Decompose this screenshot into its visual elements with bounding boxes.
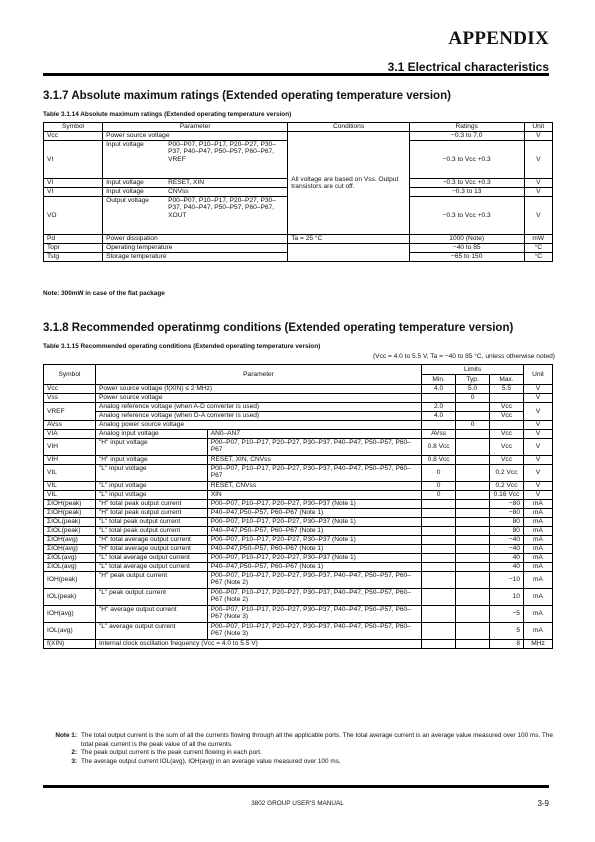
note-item: 3:The average output current IOL(avg), I… <box>43 758 555 767</box>
table-row: f(XIN)Internal clock oscillation frequen… <box>44 640 553 649</box>
min-cell <box>422 572 456 589</box>
symbol-cell: Tstg <box>44 253 103 262</box>
typ-cell <box>456 430 490 439</box>
symbol-cell: VIL <box>44 465 96 482</box>
max-cell: 10 <box>490 589 524 606</box>
ratings-cell: −65 to 150 <box>409 253 524 262</box>
conditions-cell <box>288 244 410 262</box>
conditions-cell: All voltage are based on Vss. Output tra… <box>288 132 410 235</box>
max-cell: 5.5 <box>490 385 524 394</box>
pins-cell: RESET, XIN, CNVss <box>207 456 421 465</box>
typ-cell <box>456 527 490 536</box>
min-cell: 0.8 Vcc <box>422 439 456 456</box>
pins-cell: P00–P07, P10–P17, P20–P27, P30–P37, P40–… <box>207 572 421 589</box>
table-row: ΣIOL(peak)"L" total peak output currentP… <box>44 518 553 527</box>
note-label: 2: <box>43 749 81 758</box>
typ-cell <box>456 536 490 545</box>
table-row: VccPower source voltage (f(XIN) ≤ 2 MHz)… <box>44 385 553 394</box>
typ-cell <box>456 439 490 456</box>
note-item: Note 1:The total output current is the s… <box>43 732 555 749</box>
parameter-cell: "L" total average output current <box>95 554 207 563</box>
footer-manual: 3802 GROUP USER'S MANUAL <box>0 800 595 807</box>
table-row: IOH(avg)"H" average output currentP00–P0… <box>44 606 553 623</box>
col-header: Typ. <box>456 375 490 385</box>
col-header: Limits <box>422 365 524 375</box>
typ-cell: 0 <box>456 394 490 403</box>
pins-cell: P00–P07, P10–P17, P20–P27, P30–P37, P40–… <box>207 465 421 482</box>
ratings-cell: −0.3 to Vcc +0.3 <box>409 179 524 188</box>
bottom-rule <box>43 785 549 788</box>
parameter-cell: Power source voltage (f(XIN) ≤ 2 MHz) <box>95 385 421 394</box>
table-row: VIL"L" input voltageRESET, CNVss00.2 Vcc… <box>44 482 553 491</box>
symbol-cell: ΣIOH(avg) <box>44 545 96 554</box>
parameter-cell: "L" average output current <box>95 623 207 640</box>
unit-cell: °C <box>524 253 552 262</box>
unit-cell: V <box>523 456 552 465</box>
symbol-cell: VIH <box>44 456 96 465</box>
max-cell: 80 <box>490 527 524 536</box>
min-cell <box>422 394 456 403</box>
col-header: Ratings <box>409 123 524 132</box>
table-caption-3-1-15: Table 3.1.15 Recommended operating condi… <box>43 343 320 350</box>
col-header: Unit <box>523 365 552 385</box>
parameter-cell: Output voltage <box>103 197 165 235</box>
max-cell: 0.16 Vcc <box>490 491 524 500</box>
typ-cell <box>456 491 490 500</box>
symbol-cell: VI <box>44 179 103 188</box>
max-cell: Vcc <box>490 439 524 456</box>
symbol-cell: ΣIOL(avg) <box>44 563 96 572</box>
unit-cell: mA <box>523 500 552 509</box>
symbol-cell: VREF <box>44 403 96 421</box>
conditions-cell: Ta = 25 °C <box>288 235 410 244</box>
parameter-cell: Input voltage <box>103 188 165 197</box>
max-cell: Vcc <box>490 430 524 439</box>
parameter-cell: "H" total average output current <box>95 545 207 554</box>
table-row: ToprOperating temperature−40 to 85°C <box>44 244 553 253</box>
unit-cell: mA <box>523 589 552 606</box>
min-cell <box>422 536 456 545</box>
table-row: VIH"H" input voltageRESET, XIN, CNVss0.8… <box>44 456 553 465</box>
col-header: Symbol <box>44 123 103 132</box>
pins-cell: P00–P07, P10–P17, P20–P27, P30–P37, P40–… <box>165 197 288 235</box>
parameter-cell: Internal clock oscillation frequency (Vc… <box>95 640 421 649</box>
table-note: Note: 300mW in case of the flat package <box>43 290 165 297</box>
table-row: VccPower source voltageAll voltage are b… <box>44 132 553 141</box>
max-cell: −10 <box>490 572 524 589</box>
table-row: ΣIOL(avg)"L" total average output curren… <box>44 563 553 572</box>
min-cell <box>422 606 456 623</box>
symbol-cell: f(XIN) <box>44 640 96 649</box>
section-title: 3.1 Electrical characteristics <box>388 60 549 74</box>
pins-cell: P00–P07, P10–P17, P20–P27, P30–P37 (Note… <box>207 500 421 509</box>
symbol-cell: ΣIOL(avg) <box>44 554 96 563</box>
pins-cell: P00–P07, P10–P17, P20–P27, P30–P37 (Note… <box>207 536 421 545</box>
parameter-cell: Analog reference voltage (when A-D conve… <box>95 403 421 412</box>
col-header: Conditions <box>288 123 410 132</box>
ratings-cell: −0.3 to 13 <box>409 188 524 197</box>
min-cell: 4.0 <box>422 385 456 394</box>
min-cell <box>422 640 456 649</box>
unit-cell: °C <box>524 244 552 253</box>
typ-cell <box>456 606 490 623</box>
min-cell: 0 <box>422 465 456 482</box>
pins-cell: RESET, XIN <box>165 179 288 188</box>
unit-cell: V <box>524 197 552 235</box>
typ-cell <box>456 403 490 412</box>
symbol-cell: ΣIOH(peak) <box>44 509 96 518</box>
typ-cell <box>456 482 490 491</box>
table-row: IOL(peak)"L" peak output currentP00–P07,… <box>44 589 553 606</box>
unit-cell: mA <box>523 545 552 554</box>
pins-cell: P40–P47,P50–P57, P60–P67 (Note 1) <box>207 545 421 554</box>
table-row: ΣIOH(avg)"H" total average output curren… <box>44 536 553 545</box>
max-cell: 0.2 Vcc <box>490 465 524 482</box>
symbol-cell: VI <box>44 188 103 197</box>
symbol-cell: ΣIOH(avg) <box>44 536 96 545</box>
ratings-cell: −0.3 to Vcc +0.3 <box>409 141 524 179</box>
parameter-cell: "L" input voltage <box>95 491 207 500</box>
pins-cell: CNVss <box>165 188 288 197</box>
parameter-cell: "L" total peak output current <box>95 518 207 527</box>
parameter-cell: "L" total peak output current <box>95 527 207 536</box>
absolute-max-ratings-table: Symbol Parameter Conditions Ratings Unit… <box>43 122 553 262</box>
symbol-cell: ΣIOL(peak) <box>44 518 96 527</box>
pins-cell: AN0–AN7 <box>207 430 421 439</box>
symbol-cell: IOL(peak) <box>44 589 96 606</box>
ratings-cell: 1000 (Note) <box>409 235 524 244</box>
typ-cell <box>456 554 490 563</box>
conditions-note: (Vcc = 4.0 to 5.5 V, Ta = −40 to 85 °C, … <box>373 353 555 360</box>
typ-cell <box>456 563 490 572</box>
parameter-cell: Analog reference voltage (when D-A conve… <box>95 412 421 421</box>
symbol-cell: Vss <box>44 394 96 403</box>
table-caption-3-1-14: Table 3.1.14 Absolute maximum ratings (E… <box>43 111 291 118</box>
unit-cell: V <box>523 403 552 421</box>
notes: Note 1:The total output current is the s… <box>43 732 555 766</box>
unit-cell: mA <box>523 536 552 545</box>
table-row: VIL"L" input voltageP00–P07, P10–P17, P2… <box>44 465 553 482</box>
pins-cell: P00–P07, P10–P17, P20–P27, P30–P37 (Note… <box>207 554 421 563</box>
unit-cell: V <box>523 491 552 500</box>
unit-cell: V <box>524 179 552 188</box>
ratings-cell: −0.3 to Vcc +0.3 <box>409 197 524 235</box>
unit-cell: mA <box>523 509 552 518</box>
min-cell <box>422 545 456 554</box>
note-text: The average output current IOL(avg), IOH… <box>81 758 341 767</box>
heading-3-1-7: 3.1.7 Absolute maximum ratings (Extended… <box>43 90 451 102</box>
symbol-cell: Pd <box>44 235 103 244</box>
note-text: The total output current is the sum of a… <box>81 732 555 749</box>
min-cell <box>422 563 456 572</box>
unit-cell: mA <box>523 518 552 527</box>
parameter-cell: "L" peak output current <box>95 589 207 606</box>
table-row: IOL(avg)"L" average output currentP00–P0… <box>44 623 553 640</box>
typ-cell <box>456 589 490 606</box>
max-cell <box>490 421 524 430</box>
symbol-cell: VIL <box>44 482 96 491</box>
unit-cell: V <box>523 385 552 394</box>
parameter-cell: Power source voltage <box>103 132 288 141</box>
table-row: ΣIOL(avg)"L" total average output curren… <box>44 554 553 563</box>
col-header: Min. <box>422 375 456 385</box>
note-label: 3: <box>43 758 81 767</box>
pins-cell: P40–P47,P50–P57, P60–P67 (Note 1) <box>207 563 421 572</box>
pins-cell: P00–P07, P10–P17, P20–P27, P30–P37, P40–… <box>207 623 421 640</box>
unit-cell: V <box>524 132 552 141</box>
max-cell: 40 <box>490 563 524 572</box>
parameter-cell: Power dissipation <box>103 235 288 244</box>
symbol-cell: Vcc <box>44 132 103 141</box>
unit-cell: V <box>523 394 552 403</box>
symbol-cell: VIA <box>44 430 96 439</box>
table-row: IOH(peak)"H" peak output currentP00–P07,… <box>44 572 553 589</box>
table-row: VIH"H" input voltageP00–P07, P10–P17, P2… <box>44 439 553 456</box>
pins-cell: P00–P07, P10–P17, P20–P27, P30–P37 (Note… <box>207 518 421 527</box>
unit-cell: mA <box>523 554 552 563</box>
min-cell: 2.0 <box>422 403 456 412</box>
typ-cell <box>456 465 490 482</box>
col-header: Parameter <box>103 123 288 132</box>
parameter-cell: Input voltage <box>103 141 165 179</box>
parameter-cell: "L" input voltage <box>95 482 207 491</box>
col-header: Parameter <box>95 365 421 385</box>
min-cell: 0 <box>422 482 456 491</box>
unit-cell: mA <box>523 563 552 572</box>
max-cell: −40 <box>490 536 524 545</box>
parameter-cell: "H" total peak output current <box>95 500 207 509</box>
pins-cell: P00–P07, P10–P17, P20–P27, P30–P37, P40–… <box>207 606 421 623</box>
parameter-cell: Analog power source voltage <box>95 421 421 430</box>
table-row: VssPower source voltage0V <box>44 394 553 403</box>
symbol-cell: VI <box>44 141 103 179</box>
parameter-cell: "L" input voltage <box>95 465 207 482</box>
typ-cell <box>456 509 490 518</box>
typ-cell <box>456 545 490 554</box>
pins-cell: P40–P47,P50–P57, P60–P67 (Note 1) <box>207 509 421 518</box>
table-row: ΣIOH(avg)"H" total average output curren… <box>44 545 553 554</box>
min-cell: 0.8 Vcc <box>422 456 456 465</box>
pins-cell: P00–P07, P10–P17, P20–P27, P30–P37, P40–… <box>207 589 421 606</box>
table-row: Analog reference voltage (when D-A conve… <box>44 412 553 421</box>
typ-cell <box>456 640 490 649</box>
page-number: 3-9 <box>537 799 549 808</box>
unit-cell: V <box>523 430 552 439</box>
max-cell: Vcc <box>490 456 524 465</box>
unit-cell: mA <box>523 572 552 589</box>
typ-cell <box>456 456 490 465</box>
unit-cell: mA <box>523 527 552 536</box>
parameter-cell: Analog input voltage <box>95 430 207 439</box>
parameter-cell: "H" total average output current <box>95 536 207 545</box>
min-cell <box>422 589 456 606</box>
typ-cell: 0 <box>456 421 490 430</box>
table-row: ΣIOH(peak)"H" total peak output currentP… <box>44 500 553 509</box>
symbol-cell: VIH <box>44 439 96 456</box>
col-header: Max. <box>490 375 524 385</box>
pins-cell: P00–P07, P10–P17, P20–P27, P30–P37, P40–… <box>165 141 288 179</box>
max-cell: Vcc <box>490 412 524 421</box>
min-cell: 4.0 <box>422 412 456 421</box>
pins-cell: RESET, CNVss <box>207 482 421 491</box>
unit-cell: mA <box>523 606 552 623</box>
symbol-cell: Topr <box>44 244 103 253</box>
parameter-cell: Operating temperature <box>103 244 288 253</box>
max-cell: 0.2 Vcc <box>490 482 524 491</box>
note-label: Note 1: <box>43 732 81 749</box>
min-cell <box>422 623 456 640</box>
symbol-cell: IOL(avg) <box>44 623 96 640</box>
min-cell <box>422 500 456 509</box>
max-cell: −80 <box>490 500 524 509</box>
parameter-cell: Storage temperature <box>103 253 288 262</box>
max-cell: 40 <box>490 554 524 563</box>
unit-cell: V <box>523 421 552 430</box>
table-row: VIL"L" input voltageXIN00.16 VccV <box>44 491 553 500</box>
max-cell: 80 <box>490 518 524 527</box>
unit-cell: V <box>523 465 552 482</box>
table-row: ΣIOL(peak)"L" total peak output currentP… <box>44 527 553 536</box>
col-header: Unit <box>524 123 552 132</box>
parameter-cell: "H" peak output current <box>95 572 207 589</box>
symbol-cell: VO <box>44 197 103 235</box>
max-cell <box>490 394 524 403</box>
max-cell: −40 <box>490 545 524 554</box>
typ-cell <box>456 623 490 640</box>
symbol-cell: Vcc <box>44 385 96 394</box>
table-row: VIAAnalog input voltageAN0–AN7AVssVccV <box>44 430 553 439</box>
parameter-cell: "H" average output current <box>95 606 207 623</box>
min-cell <box>422 554 456 563</box>
unit-cell: V <box>524 188 552 197</box>
parameter-cell: Power source voltage <box>95 394 421 403</box>
table-row: AVssAnalog power source voltage0V <box>44 421 553 430</box>
min-cell <box>422 527 456 536</box>
typ-cell <box>456 412 490 421</box>
table-row: VREFAnalog reference voltage (when A-D c… <box>44 403 553 412</box>
typ-cell: 5.0 <box>456 385 490 394</box>
max-cell: −80 <box>490 509 524 518</box>
unit-cell: mA <box>523 623 552 640</box>
min-cell: AVss <box>422 430 456 439</box>
unit-cell: V <box>523 482 552 491</box>
heading-3-1-8: 3.1.8 Recommended operatinmg conditions … <box>43 322 513 334</box>
ratings-cell: −0.3 to 7.0 <box>409 132 524 141</box>
parameter-cell: "H" input voltage <box>95 439 207 456</box>
top-rule <box>43 73 549 76</box>
table-row: PdPower dissipationTa = 25 °C1000 (Note)… <box>44 235 553 244</box>
pins-cell: XIN <box>207 491 421 500</box>
unit-cell: V <box>523 439 552 456</box>
col-header: Symbol <box>44 365 96 385</box>
parameter-cell: Input voltage <box>103 179 165 188</box>
max-cell: 8 <box>490 640 524 649</box>
parameter-cell: "H" input voltage <box>95 456 207 465</box>
recommended-operating-conditions-table: Symbol Parameter Limits Unit Min. Typ. M… <box>43 364 553 649</box>
min-cell <box>422 421 456 430</box>
pins-cell: P00–P07, P10–P17, P20–P27, P30–P37, P40–… <box>207 439 421 456</box>
note-item: 2:The peak output current is the peak cu… <box>43 749 555 758</box>
min-cell: 0 <box>422 491 456 500</box>
unit-cell: mW <box>524 235 552 244</box>
symbol-cell: IOH(avg) <box>44 606 96 623</box>
typ-cell <box>456 500 490 509</box>
symbol-cell: IOH(peak) <box>44 572 96 589</box>
appendix-title: APPENDIX <box>448 28 549 50</box>
max-cell: 5 <box>490 623 524 640</box>
symbol-cell: ΣIOL(peak) <box>44 527 96 536</box>
table-row: ΣIOH(peak)"H" total peak output currentP… <box>44 509 553 518</box>
ratings-cell: −40 to 85 <box>409 244 524 253</box>
typ-cell <box>456 572 490 589</box>
parameter-cell: "L" total average output current <box>95 563 207 572</box>
unit-cell: V <box>524 141 552 179</box>
typ-cell <box>456 518 490 527</box>
note-text: The peak output current is the peak curr… <box>81 749 262 758</box>
max-cell: −5 <box>490 606 524 623</box>
symbol-cell: VIL <box>44 491 96 500</box>
max-cell: Vcc <box>490 403 524 412</box>
min-cell <box>422 509 456 518</box>
symbol-cell: ΣIOH(peak) <box>44 500 96 509</box>
pins-cell: P40–P47,P50–P57, P60–P67 (Note 1) <box>207 527 421 536</box>
symbol-cell: AVss <box>44 421 96 430</box>
unit-cell: MHz <box>523 640 552 649</box>
parameter-cell: "H" total peak output current <box>95 509 207 518</box>
min-cell <box>422 518 456 527</box>
